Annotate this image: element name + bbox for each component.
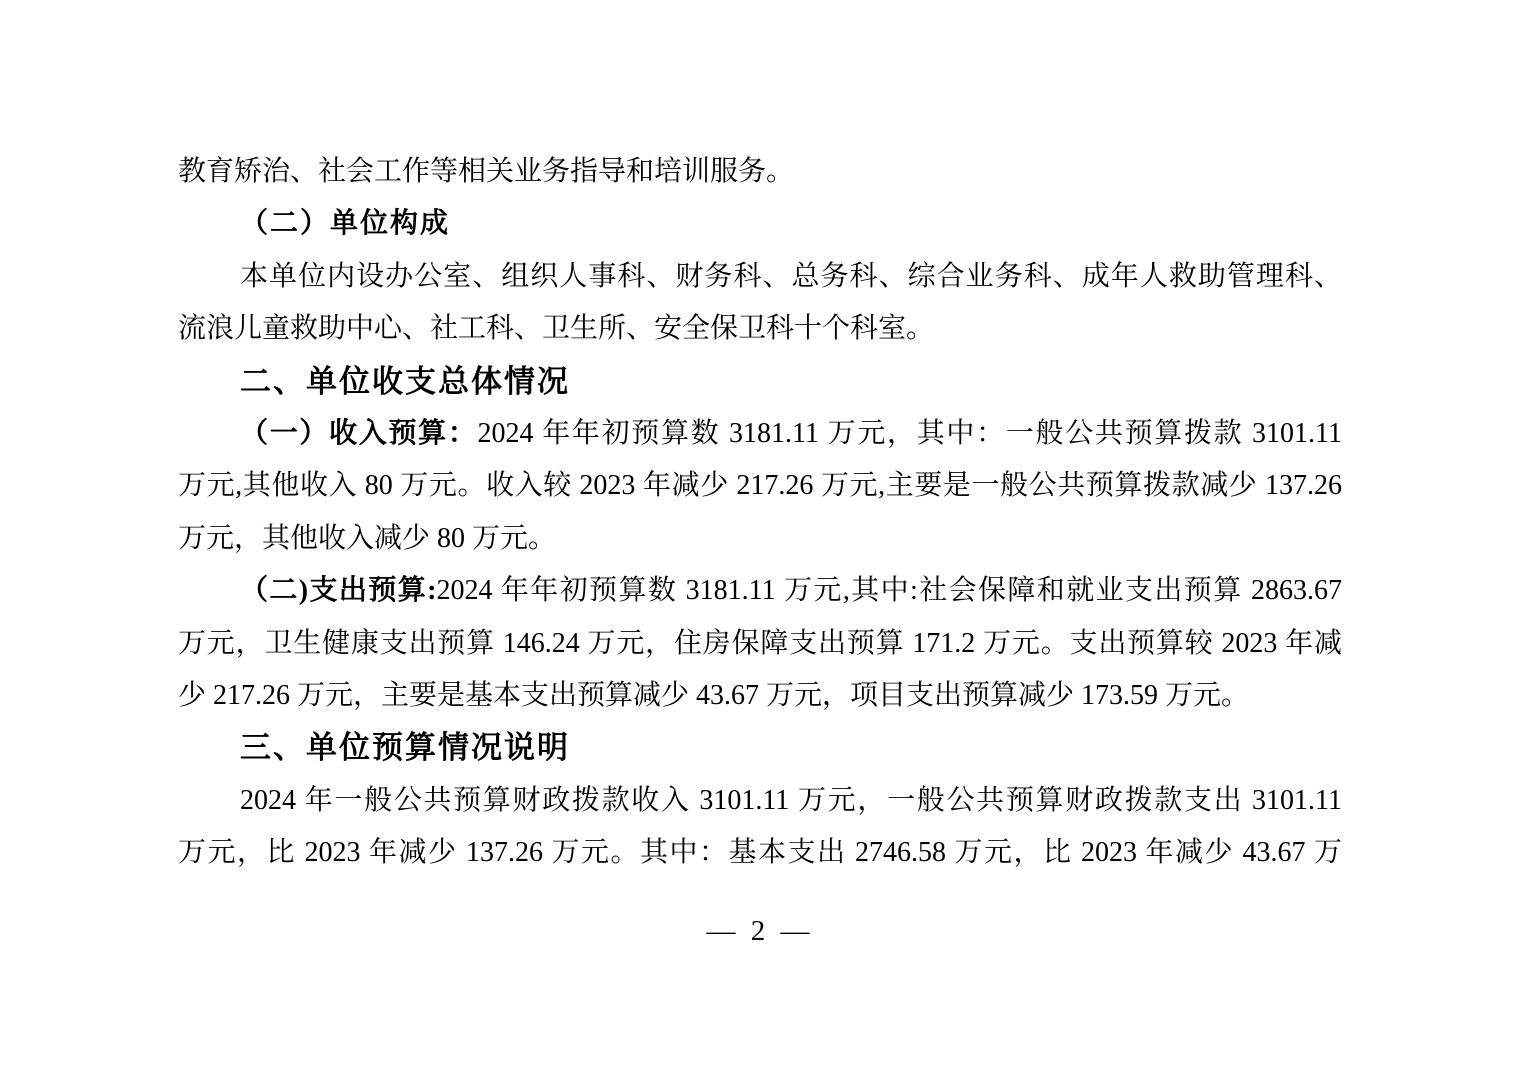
line-text: 教育矫治、社会工作等相关业务指导和培训服务。	[178, 156, 794, 187]
paragraph-line-departments-1: 本单位内设办公室、组织人事科、财务科、总务科、综合业务科、成年人救助管理科、	[178, 251, 1342, 303]
line-text: 万元，比 2023 年减少 137.26 万元。其中：基本支出 2746.58 …	[178, 837, 1342, 868]
page-number-text: — 2 —	[707, 915, 814, 947]
line-text: 2024 年一般公共预算财政拨款收入 3101.11 万元，一般公共预算财政拨款…	[240, 785, 1342, 816]
paragraph-line-expense-budget-2: 万元，卫生健康支出预算 146.24 万元，住房保障支出预算 171.2 万元。…	[178, 618, 1342, 670]
paragraph-line-departments-2: 流浪儿童救助中心、社工科、卫生所、安全保卫科十个科室。	[178, 303, 1342, 355]
paragraph-line-fiscal-allocation-1: 2024 年一般公共预算财政拨款收入 3101.11 万元，一般公共预算财政拨款…	[178, 775, 1342, 827]
line-text: 2024 年年初预算数 3181.11 万元,其中:社会保障和就业支出预算 28…	[436, 575, 1342, 606]
document-page: 教育矫治、社会工作等相关业务指导和培训服务。 （二）单位构成 本单位内设办公室、…	[0, 0, 1520, 1074]
document-body: 教育矫治、社会工作等相关业务指导和培训服务。 （二）单位构成 本单位内设办公室、…	[178, 146, 1342, 879]
line-text: 本单位内设办公室、组织人事科、财务科、总务科、综合业务科、成年人救助管理科、	[240, 261, 1342, 292]
line-text: 少 217.26 万元，主要是基本支出预算减少 43.67 万元，项目支出预算减…	[178, 680, 1249, 711]
section-heading-text: 三、单位预算情况说明	[240, 730, 570, 765]
paragraph-line-services: 教育矫治、社会工作等相关业务指导和培训服务。	[178, 146, 1342, 198]
line-text: 万元，其他收入减少 80 万元。	[178, 523, 556, 554]
line-text: 流浪儿童救助中心、社工科、卫生所、安全保卫科十个科室。	[178, 313, 934, 344]
subsection-heading-text: （二）单位构成	[240, 208, 450, 239]
paragraph-line-income-budget-3: 万元，其他收入减少 80 万元。	[178, 513, 1342, 565]
section-heading-income-expense-overview: 二、单位收支总体情况	[178, 356, 1342, 408]
page-number: — 2 —	[0, 905, 1520, 957]
section-heading-text: 二、单位收支总体情况	[240, 364, 570, 399]
paragraph-line-expense-budget-1: （二)支出预算:2024 年年初预算数 3181.11 万元,其中:社会保障和就…	[178, 565, 1342, 617]
line-text: 万元，卫生健康支出预算 146.24 万元，住房保障支出预算 171.2 万元。…	[178, 628, 1342, 659]
subsection-heading-unit-composition: （二）单位构成	[178, 198, 1342, 250]
section-heading-budget-explanation: 三、单位预算情况说明	[178, 722, 1342, 774]
income-budget-label: （一）收入预算：	[240, 418, 478, 449]
expense-budget-label: （二)支出预算:	[240, 575, 436, 606]
paragraph-line-expense-budget-3: 少 217.26 万元，主要是基本支出预算减少 43.67 万元，项目支出预算减…	[178, 670, 1342, 722]
line-text: 2024 年年初预算数 3181.11 万元，其中：一般公共预算拨款 3101.…	[478, 418, 1342, 449]
paragraph-line-income-budget-2: 万元,其他收入 80 万元。收入较 2023 年减少 217.26 万元,主要是…	[178, 460, 1342, 512]
paragraph-line-fiscal-allocation-2: 万元，比 2023 年减少 137.26 万元。其中：基本支出 2746.58 …	[178, 827, 1342, 879]
line-text: 万元,其他收入 80 万元。收入较 2023 年减少 217.26 万元,主要是…	[178, 470, 1342, 501]
paragraph-line-income-budget-1: （一）收入预算：2024 年年初预算数 3181.11 万元，其中：一般公共预算…	[178, 408, 1342, 460]
